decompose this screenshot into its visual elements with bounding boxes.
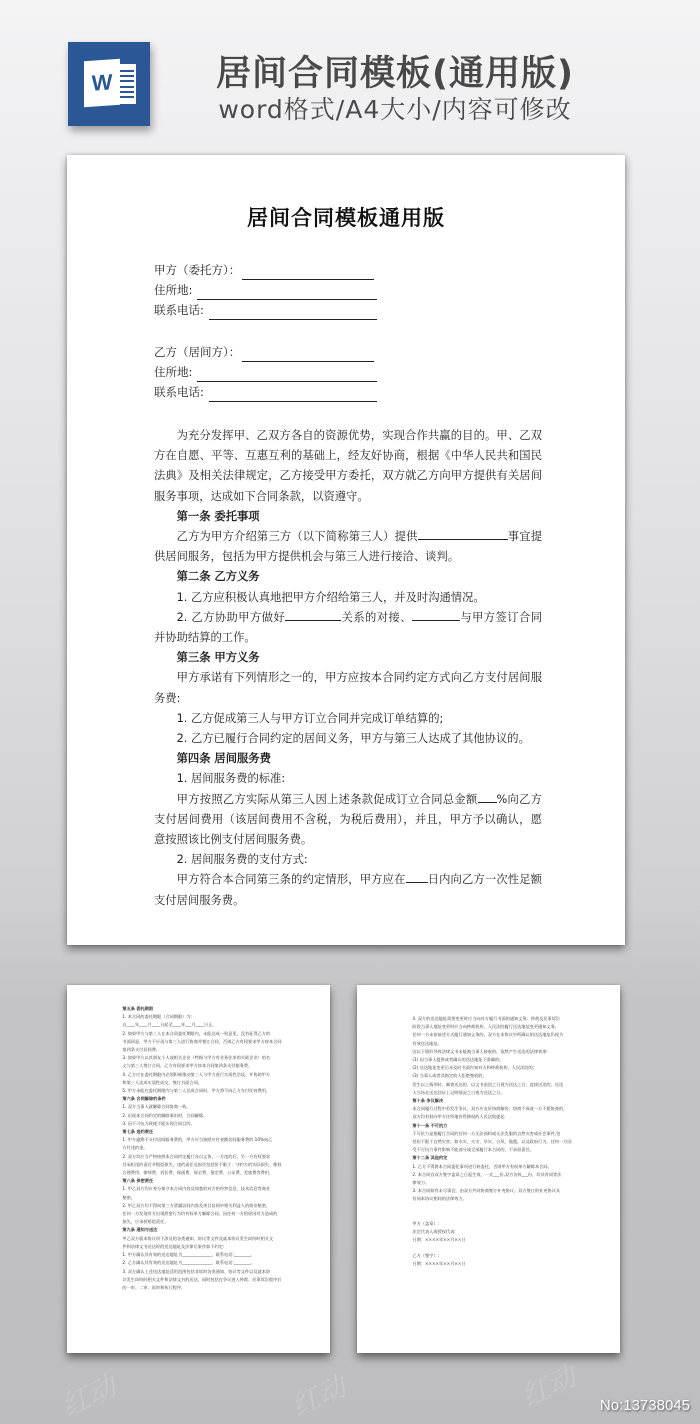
- text-line: 书面同意，甲方不应再与第三人进行协商并签订合同，否则乙方有权要求甲方按本合同: [114, 1038, 304, 1046]
- article-2-item-1: 1. 乙方应积极认真地把甲方介绍给第三人，并及时沟通情况。: [154, 588, 542, 608]
- text-line: 5. 甲方未能在委托期限内与第三人达成合同时，甲方将不向乙方支付任何费用。: [114, 1087, 304, 1095]
- text-line: 件和法律文书送达时的送达地址及法律后果作如下约定:: [114, 1243, 304, 1251]
- word-doc-sheet: W: [84, 59, 120, 108]
- watermark-logo: 红动: [284, 1365, 352, 1424]
- text-line: 秘密。: [114, 1194, 304, 1202]
- text-line: 合理费用、律师费、诉讼费、保函费、保全费、鉴定费、公证费、差旅费等费用。: [114, 1169, 304, 1177]
- text-line: 2. 出现本合同约定的解除事由时，合同解除。: [114, 1112, 304, 1120]
- service-matter-blank[interactable]: [418, 529, 508, 540]
- article-4-payment: 甲方符合本合同第三条的约定情形，甲方应在日内向乙方一次性足额支付居间服务费。: [154, 870, 542, 910]
- article-1-heading: 第一条 委托事项: [154, 507, 542, 527]
- text-line: 日期：××××年××月××日: [404, 1260, 594, 1268]
- text-line: 有同本协议相同的法律效力。: [404, 1195, 594, 1203]
- text-line: 2. 双方均应当严格按照本合同约定履行各自义务，一方违约后，另一方有权要求: [114, 1153, 304, 1161]
- text-line: 4. 双方的送达地址需要变更时应当向对方履行书面的通知义务；仲裁及民事诉讼: [404, 1015, 594, 1023]
- page-3-text: 4. 双方的送达地址需要变更时应当向对方履行书面的通知义务；仲裁及民事诉讼阶段当…: [404, 1015, 594, 1269]
- text-line: 其承担违约责任并赔偿损失，违约责任及损失包括但不限于：守约方的实际损失、维权: [114, 1161, 304, 1169]
- header-subtitle: word格式/A4大小/内容可修改: [170, 90, 620, 126]
- text-line: 1. 本合同的委托期限（合同期限）为:: [114, 1013, 304, 1021]
- party-b-block: 乙方（居间方）： 住所地: 联系电话:: [154, 342, 377, 402]
- text-line: 甲乙双方就本协议项下涉及的各类通知、协议等文件及就本协议发生纠纷时相关文: [114, 1235, 304, 1243]
- article-3-heading: 第三条 甲方义务: [154, 648, 542, 668]
- text-line: 阶段当事人地址变更时应当向仲裁机构、人民法院履行送达地址变更通知义务。: [404, 1023, 594, 1031]
- text-line: 的一审、二审、再审和执行程序。: [114, 1284, 304, 1292]
- text-line: 1. 双方当事人就解除合同协商一致。: [114, 1103, 304, 1111]
- article-2-item-2: 2. 乙方协助甲方做好关系的对接、与甲方签订合同并协助结算的工作。: [154, 608, 542, 648]
- text-line: 括但不限于自然灾害，如水灾、火灾、旱灾、台风、地震，以及政府行为。任何一方因: [404, 1138, 594, 1146]
- text-line: 1. 甲方确认其有效的送达地址为______________，联系电话:____…: [114, 1251, 304, 1259]
- party-b-name-blank[interactable]: [242, 348, 374, 362]
- blank-line: [404, 1204, 594, 1212]
- counterparty-blank[interactable]: [412, 610, 460, 621]
- text-line: 法定代表人或授权代表:: [404, 1228, 594, 1236]
- watermark-logo: 红动: [54, 1365, 122, 1424]
- text-line: 义与第三人签订合同，乙方有权要求甲方按本合同第四条支付服务费。: [114, 1062, 304, 1070]
- section-heading: 第十条 争议解决: [404, 1097, 594, 1105]
- text-line: 3. 双方确认上述送达地址适用范围包括非诉时各类通知、协议等文件以及就本协: [114, 1268, 304, 1276]
- header-title: 居间合同模板(通用版): [170, 46, 620, 96]
- image-id-number: No:13738045: [600, 1397, 690, 1414]
- text-line: 乙方（签字）:: [404, 1252, 594, 1260]
- text-line: 受不可抗力事件影响不能部分或全部履行本合同的，不承担责任。: [404, 1146, 594, 1154]
- text-line: 不可抗力是指履行合同的任何一方无法预料或无法克服的自然灾害或社会事件,包: [404, 1130, 594, 1138]
- article-3-intro: 甲方承诺有下列情形之一的，甲方应按本合同约定方式向乙方支付居间服务费:: [154, 668, 542, 708]
- party-a-name-field: 甲方（委托方）：: [154, 260, 377, 280]
- text-line: 自____年____月____日起至____年___月____日止。: [114, 1021, 304, 1029]
- text-line: 任何一方未按前述方式履行通知义务的，双方在本协议中所确认的送达地址仍视为: [404, 1031, 594, 1039]
- document-page-main: 居间合同模板通用版 甲方（委托方）： 住所地: 联系电话: 乙方（居间方）： 住…: [67, 155, 625, 945]
- article-4-heading: 第四条 居间服务费: [154, 749, 542, 769]
- text-line: (3) 当事人或者其指定收人拒绝签收的。: [404, 1072, 594, 1080]
- party-b-phone-blank[interactable]: [209, 388, 377, 402]
- text-line: 律效力。: [404, 1179, 594, 1187]
- text-line: 1. 甲乙双方均应充分保守本合同内容及知悉的对方的经营信息、技术信息等商业: [114, 1185, 304, 1193]
- party-a-phone-field: 联系电话:: [154, 300, 377, 320]
- text-line: 议发生纠纷时相关文件和法律文书的送达，同时包括在争议进入仲裁、民事诉讼程序后: [114, 1276, 304, 1284]
- text-line: 发生以上情形时，邮寄送达的，以文书退回之日视为送达之日；直接送达的，送达: [404, 1081, 594, 1089]
- text-line: 2. 如果甲方与第三人在本合同委托期限内，未能达成一致意见，没有征得乙方的: [114, 1030, 304, 1038]
- text-line: 人当场在送达回证上记明情况之日视为送达之日。: [404, 1089, 594, 1097]
- party-b-address-field: 住所地:: [154, 362, 377, 382]
- article-3-item-2: 2. 乙方已履行合同约定的居间义务，甲方与第三人达成了其他协议的。: [154, 729, 542, 749]
- text-line: 方付违约金。: [114, 1144, 304, 1152]
- text-line: 双方均有权向甲方住所地有管辖权的人民法院提起: [404, 1113, 594, 1121]
- contract-body: 为充分发挥甲、乙双方各自的资源优势，实现合作共赢的目的。甲、乙双方在自愿、平等、…: [154, 426, 542, 911]
- section-heading: 第八条 保密责任: [114, 1177, 304, 1185]
- party-a-name-blank[interactable]: [242, 266, 374, 280]
- text-line: 1. 甲方逾期不支付居间服务费的，甲方应当按照应付金额居间服务费的 10%向乙: [114, 1136, 304, 1144]
- page-2-text: 第五条 委托期限1. 本合同的委托期限（合同期限）为:自____年____月__…: [114, 1005, 304, 1292]
- article-3-item-1: 1. 乙方促成第三人与甲方订立合同并完成订单结算的;: [154, 709, 542, 729]
- text-line: 第四条支付居间费。: [114, 1046, 304, 1054]
- text-line: 4. 乙方应在委托期限内必须积极推动第三人与甲方进行实质性洽谈，并协助甲方: [114, 1071, 304, 1079]
- article-4-fee-standard: 甲方按照乙方实际从第三人因上述条款促成订立合同总金额%向乙方支付居间费用（该居间…: [154, 790, 542, 851]
- text-line: 2. 甲乙双方均不得向第三方泄漏居间内容及项目居间中相关利益人的商业秘密，: [114, 1202, 304, 1210]
- preamble: 为充分发挥甲、乙双方各自的资源优势，实现合作共赢的目的。甲、乙双方在自愿、平等、…: [154, 426, 542, 507]
- text-line: 有效送达地址。: [404, 1040, 594, 1048]
- text-line: 2. 本合同自双方签字盖章之日起生效，一式___份,双方各执___份，均具有同等…: [404, 1171, 594, 1179]
- document-page-3-thumbnail: 4. 双方的送达地址需要变更时应当向对方履行书面的通知义务；仲裁及民事诉讼阶段当…: [357, 985, 620, 1353]
- party-a-block: 甲方（委托方）： 住所地: 联系电话:: [154, 260, 377, 320]
- article-2-heading: 第二条 乙方义务: [154, 567, 542, 587]
- section-heading: 第九条 通知与送达: [114, 1226, 304, 1234]
- party-b-name-field: 乙方（居间方）：: [154, 342, 377, 362]
- days-blank[interactable]: [406, 872, 428, 883]
- text-line: 3. 因不可抗力致使不能实现合同目的。: [114, 1120, 304, 1128]
- section-heading: 第六条 合同解除的条件: [114, 1095, 304, 1103]
- percentage-blank[interactable]: [478, 792, 497, 803]
- section-heading: 第七条 违约责任: [114, 1128, 304, 1136]
- text-line: 甲方（盖章）:: [404, 1220, 594, 1228]
- watermark-logo: 红动: [514, 1355, 582, 1415]
- word-lines-icon: [118, 64, 136, 104]
- party-b-address-blank[interactable]: [197, 368, 377, 382]
- word-doc-icon: W: [68, 42, 150, 126]
- section-heading: 第十一条 不可抗力: [404, 1122, 594, 1130]
- word-letter: W: [92, 69, 113, 96]
- document-page-2-thumbnail: 第五条 委托期限1. 本合同的委托期限（合同期限）为:自____年____月__…: [67, 985, 330, 1353]
- section-heading: 第十二条 其他约定: [404, 1154, 594, 1162]
- text-line: (1) 因当事人提供或者确认的送达地址不准确的;: [404, 1056, 594, 1064]
- text-line: 损失，应承担赔偿责任。: [114, 1218, 304, 1226]
- text-line: 本合同履行过程中若发生争议，双方应友好协商解决；协商不成或一方不愿协商的，: [404, 1105, 594, 1113]
- party-a-phone-blank[interactable]: [209, 306, 377, 320]
- text-line: 1. 乙方不得将本合同委托事项进行转委托，否则甲方有权单方解除本合同。: [404, 1163, 594, 1171]
- party-b-phone-field: 联系电话:: [154, 382, 377, 402]
- article-1-text: 乙方为甲方介绍第三方（以下简称第三人）提供事宜提供居间服务，包括为甲方提供机会与…: [154, 527, 542, 567]
- text-line: 任何一方发现对方出现泄密行为均有权单方解除合同，因任何一方的原因对方造成的: [114, 1210, 304, 1218]
- blank-line: [404, 1244, 594, 1252]
- text-line: (2) 送达地址变更后未及时书面告知对方和仲裁机构、人民法院的;: [404, 1064, 594, 1072]
- text-line: 2. 乙方确认其有效的送达地址为______________，联系电话:____…: [114, 1259, 304, 1267]
- text-line: 和第三人达成实质性成交，签订书面合同。: [114, 1079, 304, 1087]
- document-title: 居间合同模板通用版: [67, 202, 625, 232]
- text-line: 日期：××××年××月××日: [404, 1236, 594, 1244]
- party-a-address-field: 住所地:: [154, 280, 377, 300]
- party-a-address-blank[interactable]: [197, 286, 377, 300]
- relation-blank[interactable]: [285, 610, 341, 621]
- section-heading: 第五条 委托期限: [114, 1005, 304, 1013]
- article-4-item-2: 2. 居间服务费的支付方式:: [154, 850, 542, 870]
- blank-line: [404, 1212, 594, 1220]
- article-4-item-1: 1. 居间服务费的标准:: [154, 769, 542, 789]
- text-line: 3. 如果甲方以其朋友个人或相关企业（特指与甲方有业务往来的关联企业）的名: [114, 1054, 304, 1062]
- text-line: 因以下情形导致法律文书未能被当事人接收的，依然产生送达的法律效果:: [404, 1048, 594, 1056]
- text-line: 3. 本合同如有未尽事宜，由双方共同协商签订补充协议。双方签订的补充协议具: [404, 1187, 594, 1195]
